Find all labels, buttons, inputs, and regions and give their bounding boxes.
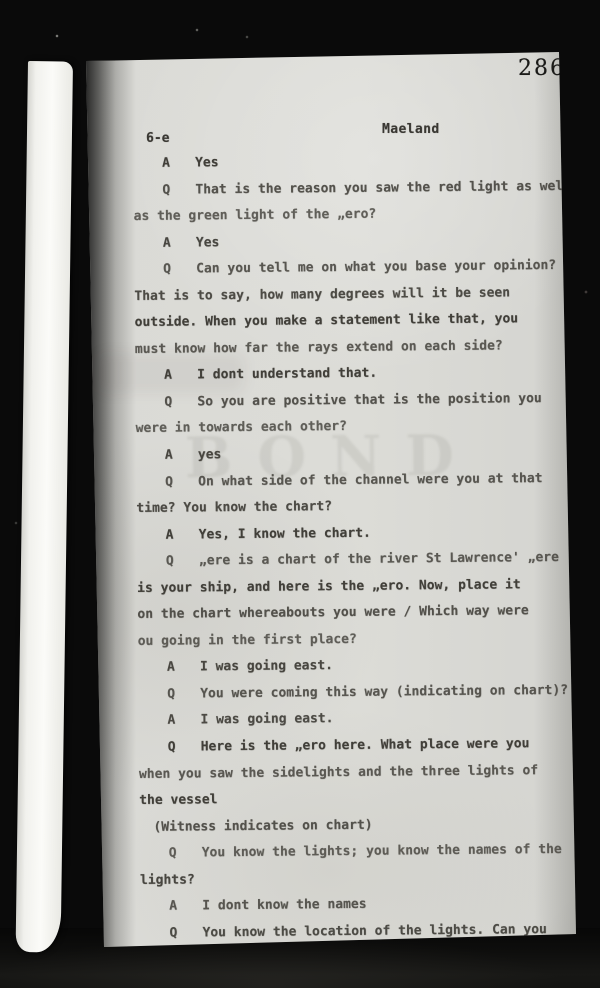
line-text: Here is the „ero here. What place were y…: [201, 736, 530, 754]
speaker-label: Q: [166, 554, 174, 569]
page-number: 286: [518, 56, 566, 81]
line-text: Can you tell me on what you base your op…: [196, 258, 556, 276]
line-text: That is the reason you saw the red light…: [195, 178, 563, 197]
speaker-label: A: [165, 448, 173, 463]
speaker-label: Q: [169, 846, 177, 861]
speaker-label: A: [166, 527, 174, 542]
underlying-page-edge: [16, 61, 73, 953]
line-text: the vessel: [139, 792, 217, 808]
line-text: were in towards each other?: [136, 419, 347, 436]
line-text: is your ship, and here is the „ero. Now,…: [137, 577, 521, 596]
speaker-label: Q: [167, 687, 175, 702]
speaker-label: A: [167, 660, 175, 675]
line-text: on the chart whereabouts you were / Whic…: [137, 604, 528, 623]
line-text: Yes: [196, 235, 220, 250]
line-text: yes: [198, 447, 222, 462]
line-text: time? You know the chart?: [136, 499, 332, 516]
line-text: ou going in the first place?: [138, 632, 357, 649]
line-text: Yes, I know the chart.: [199, 525, 371, 542]
line-text: must know how far the rays extend on eac…: [135, 338, 503, 357]
book-scan-photo: BOND 286 Maeland 6-e A Yes Q That is the…: [0, 0, 600, 988]
speaker-label: A: [162, 156, 170, 171]
speaker-label: Q: [165, 474, 173, 489]
speaker-label: A: [169, 899, 177, 914]
speaker-label: Q: [163, 262, 171, 277]
line-text: outside. When you make a statement like …: [135, 312, 519, 331]
line-text: You were coming this way (indicating on …: [200, 683, 568, 702]
line-text: (Witness indicates on chart): [153, 817, 372, 834]
line-text: as the green light of the „ero?: [134, 207, 377, 224]
line-text: I dont know the names: [202, 897, 367, 914]
line-text: You know the lights; you know the names …: [202, 842, 562, 860]
transcript-text: A Yes Q That is the reason you saw the r…: [133, 152, 586, 953]
stenographer-mark: 6-e: [146, 131, 169, 146]
line-text: I dont understand that.: [197, 366, 377, 383]
line-text: So you are positive that is the position…: [197, 391, 542, 409]
line-text: I was going east.: [200, 658, 333, 674]
line-text: I was going east.: [200, 712, 333, 728]
line-text: „ere is a chart of the river St Lawrence…: [199, 550, 559, 568]
line-text: lights?: [140, 872, 195, 888]
witness-name-header: Maeland: [382, 122, 440, 137]
speaker-label: Q: [169, 925, 177, 940]
speaker-label: Q: [168, 740, 176, 755]
document-page: BOND 286 Maeland 6-e A Yes Q That is the…: [0, 0, 600, 988]
speaker-label: A: [164, 368, 172, 383]
line-text: That is to say, how many degrees will it…: [134, 285, 510, 304]
speaker-label: A: [163, 235, 171, 250]
line-text: On what side of the channel were you at …: [198, 471, 543, 489]
binding-shadow: [76, 40, 136, 960]
speaker-label: A: [167, 713, 175, 728]
line-text: Yes: [195, 155, 219, 170]
line-text: when you saw the sidelights and the thre…: [139, 763, 538, 782]
speaker-label: Q: [162, 182, 170, 197]
speaker-label: Q: [164, 395, 172, 410]
